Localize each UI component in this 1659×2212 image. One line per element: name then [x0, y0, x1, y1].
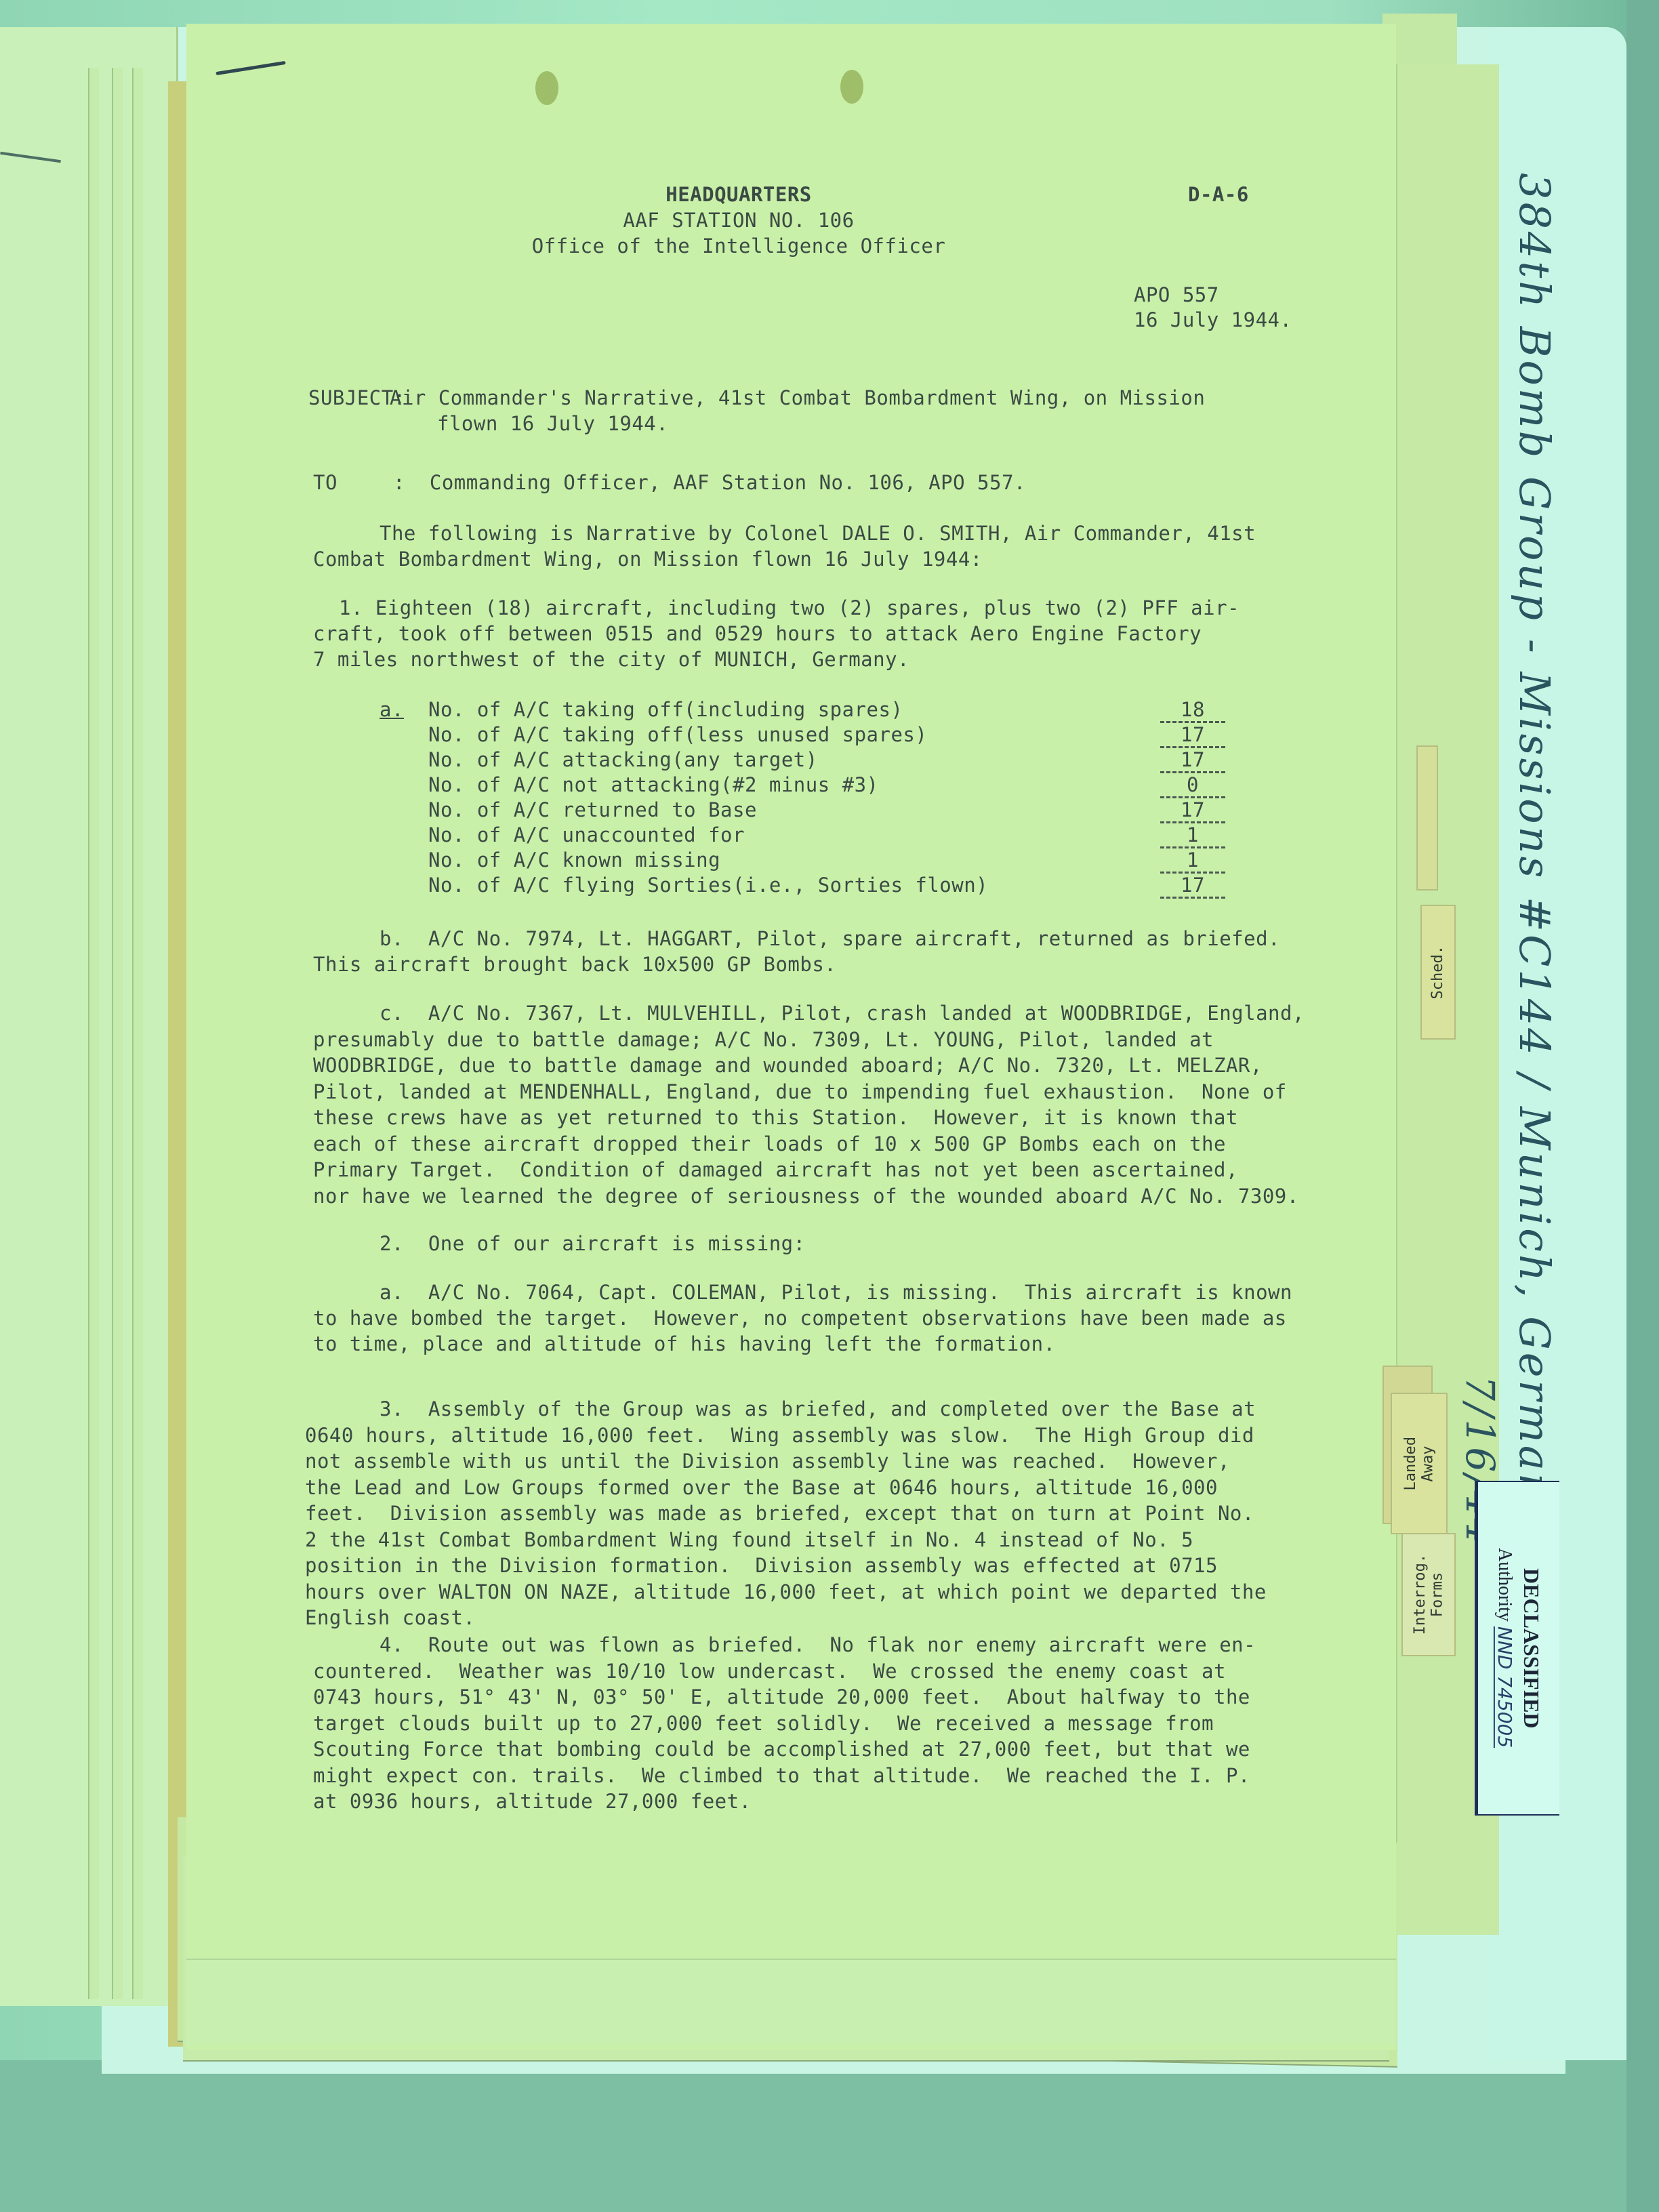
para4-line: might expect con. trails. We climbed to … — [313, 1764, 1250, 1787]
para4-line: at 0936 hours, altitude 27,000 feet. — [313, 1790, 752, 1813]
declassified-stamp: DECLASSIFIED Authority NND 745005 — [1475, 1481, 1559, 1816]
stat-value: 18 — [1160, 698, 1225, 723]
declassified-authority: Authority NND 745005 — [1494, 1548, 1516, 1748]
to-text: : Commanding Officer, AAF Station No. 10… — [393, 471, 1026, 494]
tab-interrog-forms-label: Interrog. Forms — [1412, 1554, 1446, 1635]
header-apo: APO 557 — [1134, 283, 1219, 306]
para3-line: the Lead and Low Groups formed over the … — [305, 1476, 1218, 1499]
para2a-line: a. A/C No. 7064, Capt. COLEMAN, Pilot, i… — [380, 1281, 1292, 1304]
hole-punch — [535, 71, 558, 105]
para2a-line: to time, place and altitude of his havin… — [313, 1332, 1056, 1355]
subject-line: Air Commander's Narrative, 41st Combat B… — [390, 386, 1205, 409]
para2-line: 2. One of our aircraft is missing: — [380, 1232, 806, 1255]
para1-line: 1. Eighteen (18) aircraft, including two… — [339, 596, 1240, 619]
para4-line: target clouds built up to 27,000 feet so… — [313, 1712, 1214, 1735]
left-page-stack — [0, 27, 178, 2006]
document-code: D-A-6 — [1188, 183, 1249, 206]
stat-label: No. of A/C attacking(any target) — [428, 748, 818, 771]
para4-line: 4. Route out was flown as briefed. No fl… — [380, 1633, 1256, 1656]
para2a-line: to have bombed the target. However, no c… — [313, 1307, 1287, 1330]
para3-line: 0640 hours, altitude 16,000 feet. Wing a… — [305, 1424, 1254, 1447]
stat-value: 1 — [1160, 848, 1225, 874]
to-label: TO — [313, 471, 337, 494]
header-date: 16 July 1944. — [1134, 308, 1292, 331]
stats-label: a. — [380, 698, 404, 721]
para4-line: 0743 hours, 51° 43' N, 03° 50' E, altitu… — [313, 1685, 1250, 1708]
stat-label: No. of A/C returned to Base — [428, 798, 757, 821]
para1-line: 7 miles northwest of the city of MUNICH,… — [313, 648, 909, 671]
para1c-line: c. A/C No. 7367, Lt. MULVEHILL, Pilot, c… — [380, 1002, 1305, 1025]
para3-line: English coast. — [305, 1606, 475, 1629]
declassified-title: DECLASSIFIED — [1519, 1568, 1544, 1729]
para3-line: feet. Division assembly was made as brie… — [305, 1502, 1254, 1525]
para1b-line: b. A/C No. 7974, Lt. HAGGART, Pilot, spa… — [380, 927, 1280, 950]
stat-value: 17 — [1160, 748, 1225, 773]
para1-line: craft, took off between 0515 and 0529 ho… — [313, 622, 1202, 645]
para3-line: hours over WALTON ON NAZE, altitude 16,0… — [305, 1580, 1267, 1603]
para1c-line: Pilot, landed at MENDENHALL, England, du… — [313, 1080, 1287, 1103]
para3-line: 3. Assembly of the Group was as briefed,… — [380, 1397, 1256, 1420]
para1c-line: presumably due to battle damage; A/C No.… — [313, 1028, 1214, 1051]
para1b-line: This aircraft brought back 10x500 GP Bom… — [313, 953, 836, 976]
page-fold — [186, 1959, 1396, 2045]
intro-line: The following is Narrative by Colonel DA… — [380, 522, 1256, 545]
stat-label: No. of A/C known missing — [428, 848, 720, 872]
para4-line: countered. Weather was 10/10 low underca… — [313, 1660, 1226, 1683]
page-edge — [112, 68, 123, 1999]
stat-value: 1 — [1160, 823, 1225, 848]
para1c-line: Primary Target. Condition of damaged air… — [313, 1158, 1238, 1181]
tab-sched[interactable]: Sched. — [1420, 905, 1456, 1040]
stat-label: No. of A/C unaccounted for — [428, 823, 745, 846]
stat-value: 17 — [1160, 723, 1225, 748]
folder-divider-strip — [168, 81, 187, 2047]
tab-landed-away[interactable]: Landed Away — [1391, 1393, 1448, 1534]
header-org: HEADQUARTERS — [610, 183, 867, 206]
stat-value: 17 — [1160, 798, 1225, 823]
para3-line: position in the Division formation. Divi… — [305, 1554, 1218, 1577]
page-edge — [88, 68, 99, 1999]
desk-bottom — [0, 2060, 1659, 2212]
stat-label: No. of A/C taking off(less unused spares… — [428, 723, 927, 746]
hole-punch — [840, 70, 863, 104]
stat-label: No. of A/C taking off(including spares) — [428, 698, 903, 721]
page-edge — [132, 68, 143, 1999]
tab-landed-away-label: Landed Away — [1402, 1437, 1437, 1490]
tab-edge[interactable] — [1416, 745, 1438, 890]
desk-edge — [1626, 0, 1659, 2212]
subject-line: flown 16 July 1944. — [437, 412, 668, 435]
pen-mark — [0, 152, 61, 163]
handwritten-folder-label: 384th Bomb Group - Missions #C144 / Muni… — [1510, 173, 1559, 1530]
para3-line: not assemble with us until the Division … — [305, 1450, 1230, 1473]
tab-sched-label: Sched. — [1429, 945, 1446, 999]
header-station: AAF STATION NO. 106 — [562, 209, 915, 232]
para1c-line: these crews have as yet returned to this… — [313, 1106, 1238, 1129]
para3-line: 2 the 41st Combat Bombardment Wing found… — [305, 1528, 1193, 1551]
stat-label: No. of A/C not attacking(#2 minus #3) — [428, 773, 879, 796]
para1c-line: nor have we learned the degree of seriou… — [313, 1185, 1299, 1208]
para4-line: Scouting Force that bombing could be acc… — [313, 1738, 1250, 1761]
stat-label: No. of A/C flying Sorties(i.e., Sorties … — [428, 874, 988, 897]
stat-value: 17 — [1160, 874, 1225, 899]
para1c-line: each of these aircraft dropped their loa… — [313, 1132, 1226, 1155]
tab-interrog-forms[interactable]: Interrog. Forms — [1401, 1533, 1456, 1656]
intro-line: Combat Bombardment Wing, on Mission flow… — [313, 548, 983, 571]
para1c-line: WOODBRIDGE, due to battle damage and wou… — [313, 1054, 1263, 1077]
header-office: Office of the Intelligence Officer — [474, 234, 1003, 258]
stat-value: 0 — [1160, 773, 1225, 798]
